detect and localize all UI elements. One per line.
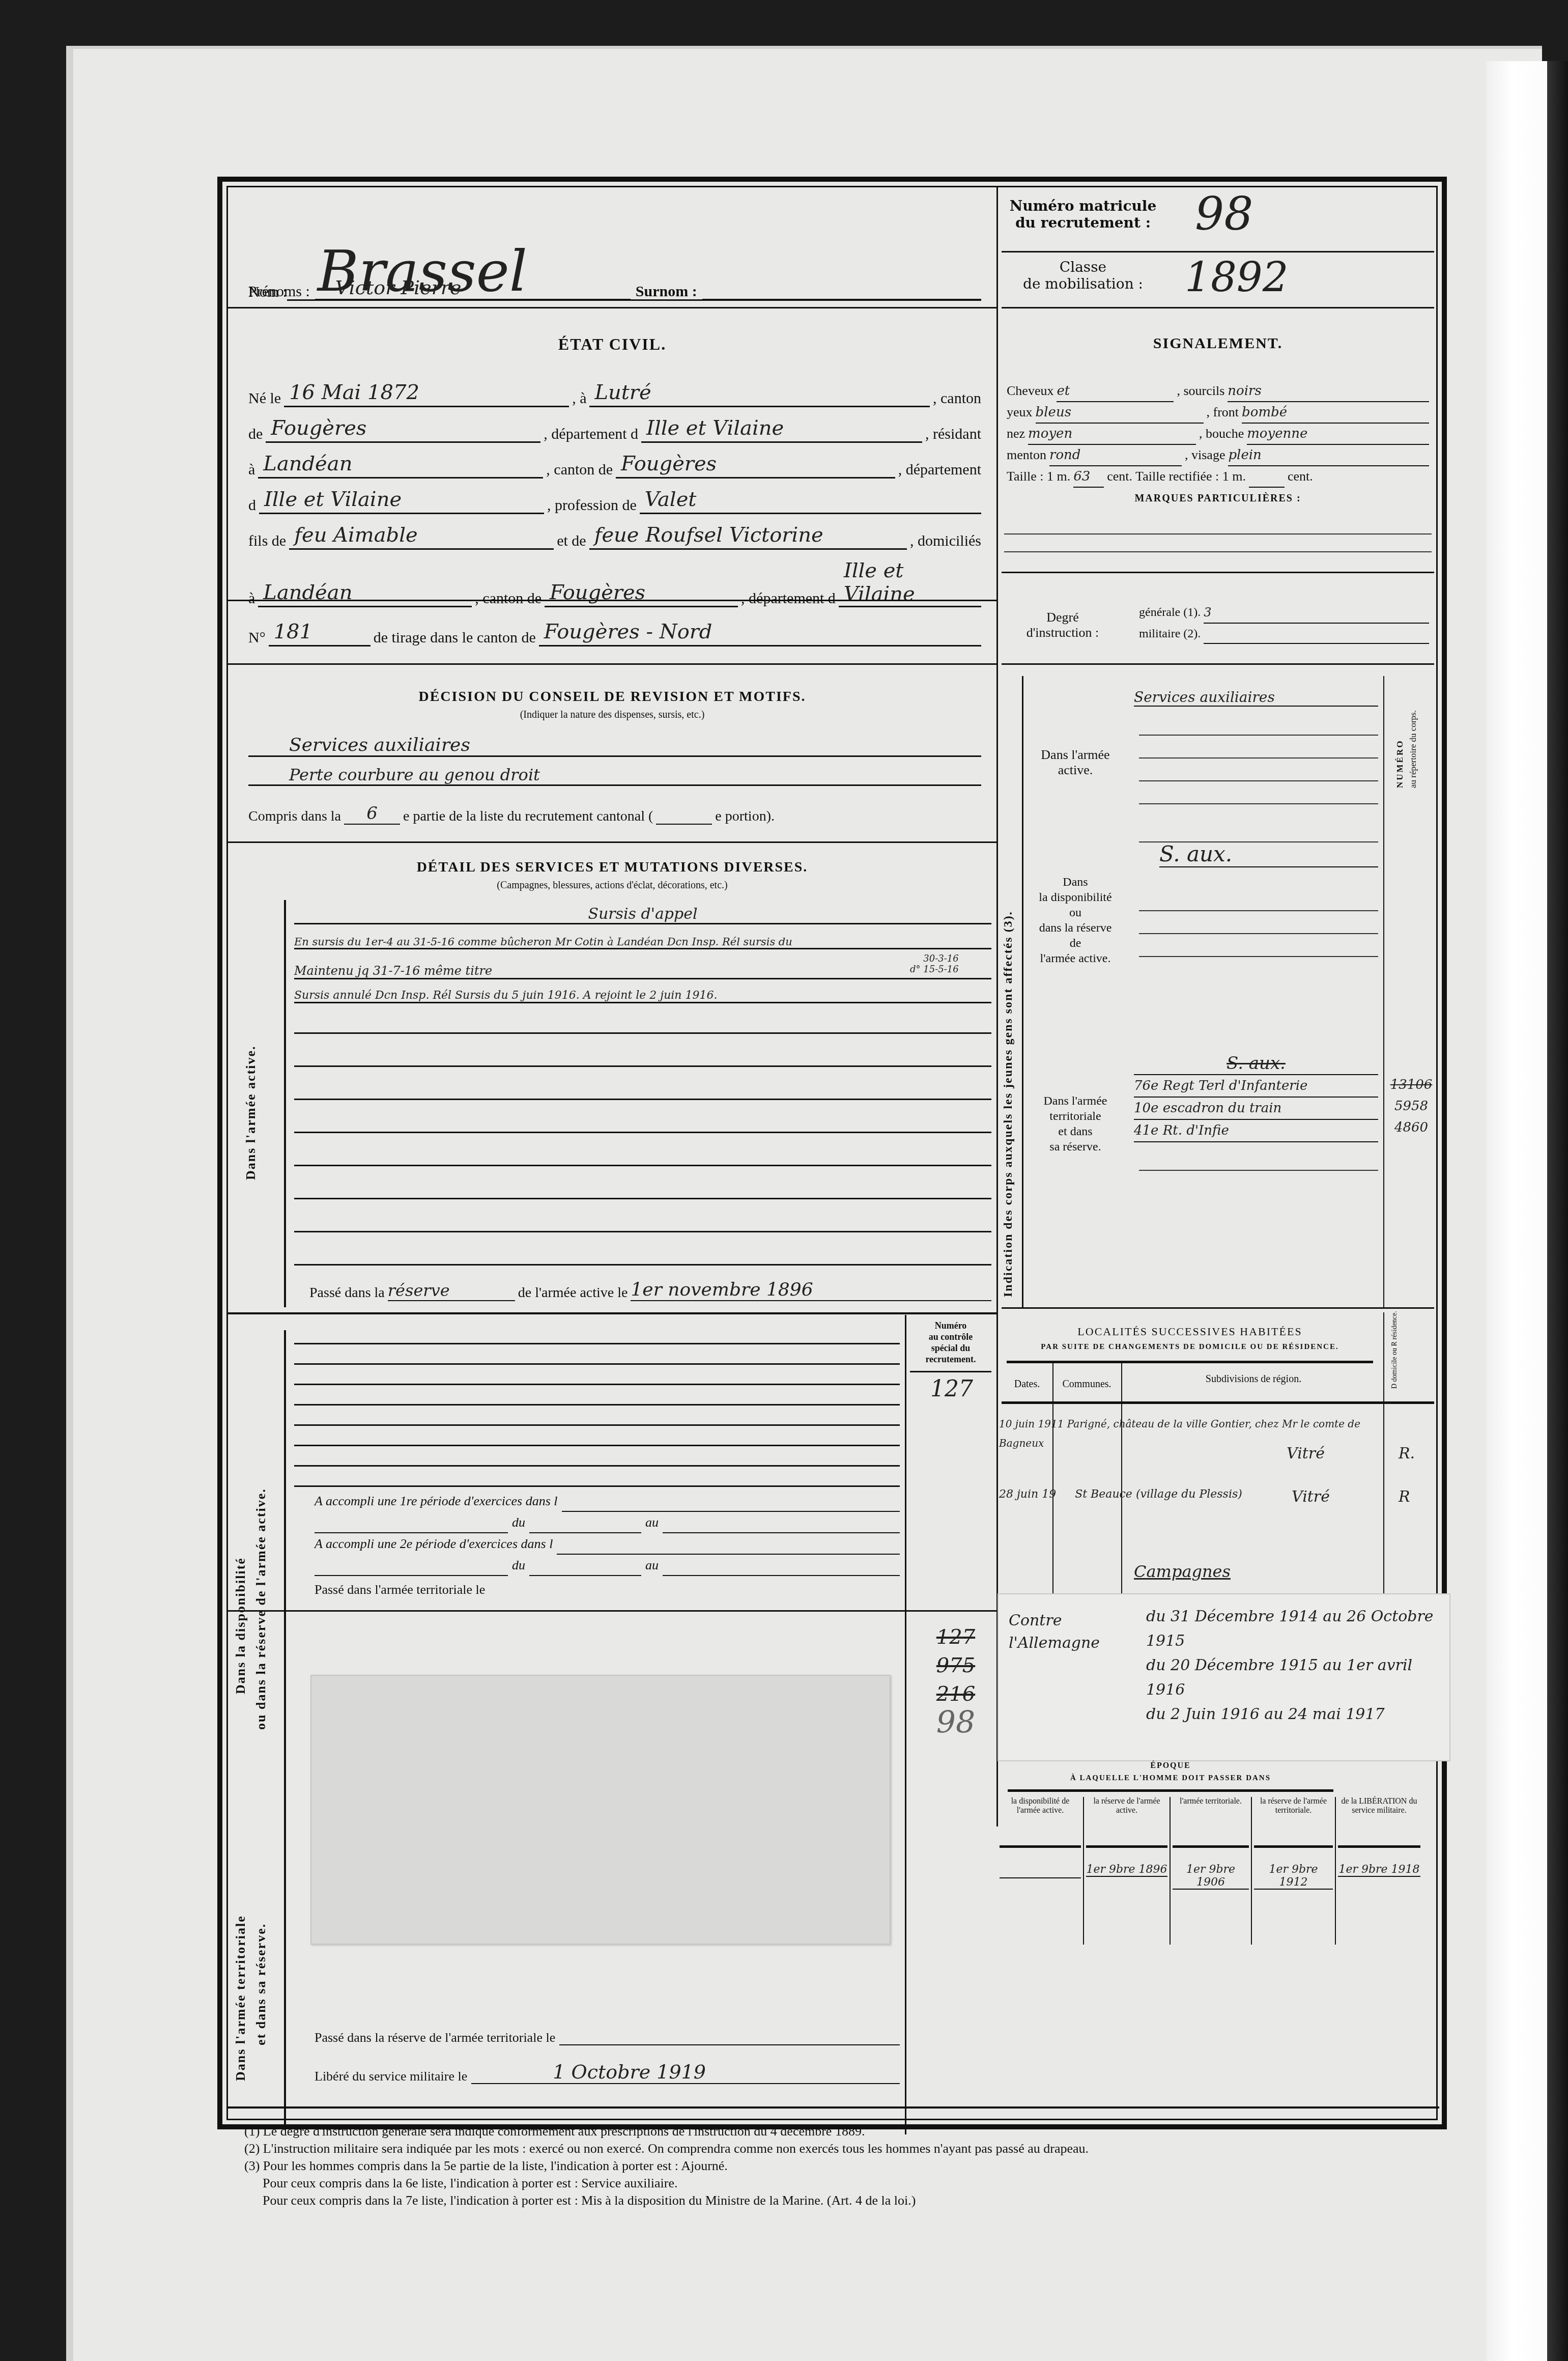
classe-value: 1892 — [1185, 254, 1289, 301]
signalement-row-2: yeux bleus , front bombé — [1007, 402, 1429, 424]
corps-dispo-label-line: Dans — [1032, 875, 1119, 890]
detail-line — [294, 1065, 991, 1067]
corps-line — [1139, 933, 1378, 934]
du-label: du — [512, 1555, 525, 1576]
epoque-col-header: la réserve de l'armée territoriale. — [1254, 1797, 1333, 1845]
tirage-label: de tirage dans le canton de — [374, 629, 536, 647]
taille-label: Taille : 1 m. — [1007, 466, 1070, 488]
localites-subtitle: PAR SUITE DE CHANGEMENTS DE DOMICILE OU … — [996, 1343, 1383, 1352]
matricule-label: Numéro matricule du recrutement : — [1007, 198, 1159, 231]
numero-label-line: spécial du — [910, 1342, 991, 1354]
dispo-line — [294, 1363, 900, 1365]
dispo-vertical-label-1: Dans la disponibilité — [233, 1557, 248, 1694]
detail-heading: Sursis d'appel — [294, 905, 991, 924]
portion-value — [656, 824, 712, 825]
epoque-col: de la LIBÉRATION du service militaire. 1… — [1336, 1797, 1422, 1945]
localite-date: 10 juin 1911 — [999, 1418, 1064, 1430]
taille-value: 63 — [1073, 466, 1104, 488]
divider — [910, 1371, 991, 1372]
epoque-col: l'armée territoriale. 1er 9bre 1906 — [1171, 1797, 1252, 1945]
localite-dr-1: R. — [1399, 1445, 1415, 1463]
portion-label: e portion). — [715, 808, 775, 825]
surnom-value — [702, 285, 981, 300]
residant-label: , résidant — [925, 426, 981, 443]
campagne-period: du 20 Décembre 1915 au 1er avril 1916 — [1146, 1653, 1446, 1702]
libere-label: Libéré du service militaire le — [315, 2069, 467, 2084]
epoque-subtitle: À LAQUELLE L'HOMME DOIT PASSER DANS — [997, 1774, 1344, 1783]
epoque-columns: la disponibilité de l'armée active. la r… — [997, 1797, 1438, 1945]
canton2-label: , canton de — [546, 461, 613, 479]
generale-label: générale (1). — [1139, 602, 1201, 624]
periode-2-dates: du au — [315, 1555, 900, 1576]
header-divider-2 — [1002, 307, 1434, 308]
signalement-row-1: Cheveux et , sourcils noirs — [1007, 381, 1429, 402]
detail-vertical-label: Dans l'armée active. — [243, 1045, 259, 1180]
menton-value: rond — [1049, 445, 1182, 466]
dispo-line — [294, 1485, 900, 1487]
detail-subtitle: (Campagnes, blessures, actions d'éclat, … — [228, 880, 996, 891]
col-header-dr: D domicile ou R résidence. — [1391, 1311, 1399, 1389]
birthplace-value: Lutré — [589, 381, 930, 407]
detail-line-1: En sursis du 1er-4 au 31-5-16 comme bûch… — [294, 936, 991, 949]
militaire-value — [1204, 624, 1429, 644]
epoque-col-header: la réserve de l'armée active. — [1086, 1797, 1167, 1845]
residence-value: Landéan — [258, 452, 543, 479]
prenoms-value: Victor Pierre — [315, 276, 631, 300]
col-header-subdivisions: Subdivisions de région. — [1124, 1373, 1383, 1385]
campagnes-periods: du 31 Décembre 1914 au 26 Octobre 1915 d… — [1146, 1605, 1446, 1727]
signalement-fields: Cheveux et , sourcils noirs yeux bleus ,… — [1007, 381, 1429, 488]
corps-active-label: Dans l'armée active. — [1032, 747, 1119, 778]
corps-line — [1139, 757, 1378, 758]
passe-label-2: de l'armée active le — [518, 1285, 628, 1301]
page-edge — [1486, 61, 1552, 2361]
classe-label: Classe de mobilisation : — [1007, 259, 1159, 292]
epoque-value: 1er 9bre 1918 — [1338, 1863, 1420, 1877]
corps-terr-label-line: territoriale — [1032, 1109, 1119, 1124]
corps-line — [1139, 1170, 1378, 1171]
matricule-label-line2: du recrutement : — [1007, 214, 1159, 231]
departement3-label: , département d — [741, 590, 836, 607]
detail-line-3: Sursis annulé Dcn Insp. Rél Sursis du 5 … — [294, 989, 991, 1003]
etat-civil-row-2: de Fougères , département d Ille et Vila… — [248, 416, 981, 443]
header-divider-left — [228, 307, 996, 308]
corps-terr-numero-struck: 13106 — [1386, 1074, 1437, 1095]
dispo-line — [294, 1424, 900, 1426]
corps-terr-entry: 10e escadron du train — [1134, 1098, 1378, 1120]
etat-civil-title: ÉTAT CIVIL. — [228, 335, 996, 354]
epoque-value: 1er 9bre 1896 — [1086, 1863, 1167, 1877]
epoque-col-header: de la LIBÉRATION du service militaire. — [1338, 1797, 1420, 1845]
et-label: et de — [557, 532, 586, 550]
numero-repertoire-label: NUMÉRO au répertoire du corps. — [1393, 710, 1420, 788]
terr-vertical-label-1: Dans l'armée territoriale — [233, 1915, 248, 2081]
corps-dispo-label-line: la disponibilité — [1032, 890, 1119, 905]
corps-dispo-label-line: dans la réserve — [1032, 920, 1119, 936]
numero-controle-label: Numéro au contrôle spécial du recrutemen… — [910, 1320, 991, 1365]
yeux-value: bleus — [1036, 402, 1204, 424]
etat-civil-row-4: d Ille et Vilaine , profession de Valet — [248, 488, 981, 514]
corps-terr-label-line: Dans l'armée — [1032, 1093, 1119, 1109]
periode-2-label: A accompli une 2e période d'exercices da… — [315, 1533, 553, 1555]
profession-value: Valet — [640, 488, 981, 514]
epoque-col: la disponibilité de l'armée active. — [997, 1797, 1084, 1945]
compris-value: 6 — [344, 803, 400, 825]
epoque-col-header: la disponibilité de l'armée active. — [1000, 1797, 1081, 1845]
passe-reserve-terr-value — [559, 2030, 900, 2045]
periode-2-value — [557, 1533, 900, 1555]
epoque-col-header: l'armée territoriale. — [1173, 1797, 1249, 1845]
ornament-rule — [1008, 1789, 1333, 1792]
d-label: d — [248, 497, 256, 514]
mother-value: feue Roufsel Victorine — [589, 523, 907, 550]
passe-reserve-row: Passé dans la réserve de l'armée active … — [309, 1279, 991, 1301]
fils-label: fils de — [248, 532, 286, 550]
decision-line-2: Perte courbure au genou droit — [248, 765, 981, 786]
matricule-label-line1: Numéro matricule — [1007, 198, 1159, 214]
periode-2-from — [529, 1555, 641, 1576]
degre-label: Degré d'instruction : — [1007, 610, 1119, 640]
periode-2-to — [663, 1555, 900, 1576]
localite-date: 28 juin 19 — [999, 1488, 1056, 1501]
front-label: , front — [1207, 402, 1239, 424]
passe-value-1: réserve — [388, 1281, 515, 1301]
parents-canton-value: Fougères — [545, 581, 738, 607]
campagne-period: du 31 Décembre 1914 au 26 Octobre 1915 — [1146, 1605, 1446, 1653]
divider — [1002, 572, 1434, 573]
dispo-vertical-label-2: ou dans la réserve de l'armée active. — [253, 1488, 269, 1730]
corps-terr-entry: 76e Regt Terl d'Infanterie — [1134, 1075, 1378, 1098]
header-rule — [1002, 1401, 1434, 1404]
taille-rectifiee-value — [1249, 466, 1285, 488]
epoque-value: 1er 9bre 1906 — [1173, 1863, 1249, 1890]
corps-line — [1139, 910, 1378, 911]
tirage-no-value: 181 — [269, 620, 370, 647]
side-date-2: d° 15-5-16 — [910, 964, 959, 975]
generale-value: 3 — [1204, 602, 1429, 624]
degre-fields: générale (1). 3 militaire (2). — [1139, 602, 1429, 644]
terr-numero-struck: 975 — [915, 1651, 996, 1680]
dispo-line — [294, 1384, 900, 1385]
surnom-label: Surnom : — [636, 283, 697, 300]
militaire-label: militaire (2). — [1139, 624, 1201, 644]
pasted-paper-patch — [310, 1675, 891, 1945]
side-date-1: 30-3-16 — [910, 953, 959, 964]
cent-label: cent. — [1288, 466, 1313, 488]
numero-repertoire-divider — [1383, 676, 1384, 1307]
libere-row: Libéré du service militaire le 1 Octobre… — [315, 2061, 900, 2084]
col-header-communes: Communes. — [1052, 1379, 1121, 1390]
corps-terr-label: Dans l'armée territoriale et dans sa rés… — [1032, 1093, 1119, 1155]
ornament-rule — [1007, 1361, 1373, 1363]
detail-line — [294, 1231, 991, 1232]
residence-canton-value: Fougères — [616, 452, 895, 479]
column-divider — [996, 187, 998, 1826]
ne-le-label: Né le — [248, 390, 281, 407]
classe-label-line1: Classe — [1007, 259, 1159, 275]
localite-dr-2: R — [1399, 1488, 1410, 1506]
residence-departement-value: Ille et Vilaine — [259, 488, 544, 514]
au-label: au — [645, 1555, 659, 1576]
periode-1-dates: du au — [315, 1512, 900, 1533]
divider — [1002, 1307, 1434, 1309]
corps-vertical-label: Indication des corps auxquels les jeunes… — [1002, 911, 1015, 1297]
canton3-label: , canton de — [475, 590, 541, 607]
domicilies-label: , domiciliés — [910, 532, 981, 550]
detail-title: DÉTAIL DES SERVICES ET MUTATIONS DIVERSE… — [228, 859, 996, 876]
periode-2-blank — [315, 1555, 508, 1576]
visage-value: plein — [1228, 445, 1429, 466]
localite-subdivision-2: Vitré — [1292, 1488, 1330, 1506]
tirage-no-label: N° — [248, 629, 266, 647]
passe-terr-label: Passé dans l'armée territoriale le — [315, 1582, 485, 1597]
tirage-canton-value: Fougères - Nord — [539, 620, 981, 647]
footnote: (1) Le degré d'instruction générale sera… — [244, 2123, 1430, 2140]
numero-label-line: Numéro — [910, 1320, 991, 1331]
etat-civil-row-1: Né le 16 Mai 1872 , à Lutré , canton — [248, 381, 981, 407]
departement-label: , département d — [544, 426, 638, 443]
signalement-row-5: Taille : 1 m. 63 cent. Taille rectifiée … — [1007, 466, 1429, 488]
marques-line — [1004, 551, 1432, 552]
cheveux-value: et — [1057, 381, 1174, 402]
periode-1-blank — [315, 1512, 508, 1533]
divider — [228, 600, 996, 601]
campagne-period: du 2 Juin 1916 au 24 mai 1917 — [1146, 1702, 1446, 1727]
corps-dispo-label-line: de — [1032, 936, 1119, 951]
divider — [228, 841, 996, 843]
corps-terr-entry-struck: S. aux. — [1134, 1053, 1378, 1075]
parents-a-label: à — [248, 590, 255, 607]
terr-numero-current: 98 — [915, 1708, 996, 1737]
corps-line — [1139, 956, 1378, 957]
nez-value: moyen — [1028, 424, 1196, 445]
compris-row: Compris dans la 6 e partie de la liste d… — [248, 803, 775, 825]
corps-terr-entries: S. aux. 76e Regt Terl d'Infanterie 10e e… — [1134, 1053, 1378, 1142]
corps-terr-numeros: 13106 5958 4860 — [1386, 1074, 1437, 1138]
front-value: bombé — [1242, 402, 1429, 424]
localites-title: LOCALITÉS SUCCESSIVES HABITÉES — [996, 1325, 1383, 1338]
divider — [228, 663, 996, 665]
col-header-dates: Dates. — [1002, 1379, 1052, 1390]
periode-2-row: A accompli une 2e période d'exercices da… — [315, 1533, 900, 1555]
terr-numeros: 127 975 216 98 — [915, 1623, 996, 1737]
yeux-label: yeux — [1007, 402, 1033, 424]
sourcils-value: noirs — [1228, 381, 1429, 402]
bracket-line — [284, 900, 286, 1307]
periode-1-to — [663, 1512, 900, 1533]
visage-label: , visage — [1185, 445, 1225, 466]
passe-reserve-terr-label: Passé dans la réserve de l'armée territo… — [315, 2030, 555, 2045]
campagnes-heading: Campagnes — [1134, 1562, 1231, 1581]
footnote: Pour ceux compris dans la 6e liste, l'in… — [244, 2175, 1430, 2192]
periode-fields: A accompli une 1re période d'exercices d… — [315, 1491, 900, 1576]
corps-terr-label-line: et dans — [1032, 1124, 1119, 1139]
campagnes-slip: Contre l'Allemagne du 31 Décembre 1914 a… — [997, 1593, 1450, 1761]
corps-terr-numero: 4860 — [1386, 1117, 1437, 1138]
profession-label: , profession de — [547, 497, 637, 514]
a-label: , à — [572, 390, 586, 407]
tirage-row: N° 181 de tirage dans le canton de Fougè… — [248, 620, 981, 647]
dispo-line — [294, 1404, 900, 1406]
corps-dispo-value: S. aux. — [1159, 841, 1378, 867]
header-divider — [1002, 251, 1434, 252]
ne-le-value: 16 Mai 1872 — [284, 381, 569, 407]
classe-label-line2: de mobilisation : — [1007, 275, 1159, 292]
epoque-table: ÉPOQUE À LAQUELLE L'HOMME DOIT PASSER DA… — [997, 1761, 1438, 1945]
numero-column-divider — [905, 1315, 906, 2134]
numero-controle-value: 127 — [930, 1376, 973, 1402]
bracket-line — [284, 1623, 286, 2127]
generale-row: générale (1). 3 — [1139, 602, 1429, 624]
corps-terr-entry: 41e Rt. d'Infie — [1134, 1120, 1378, 1142]
bouche-label: , bouche — [1199, 424, 1244, 445]
corps-dispo-label-line: l'armée active. — [1032, 951, 1119, 966]
footnote: (3) Pour les hommes compris dans la 5e p… — [244, 2157, 1430, 2175]
binding-strip — [1547, 61, 1568, 2361]
cheveux-label: Cheveux — [1007, 381, 1053, 402]
parents-residence-value: Landéan — [258, 581, 472, 607]
detail-side-dates: 30-3-16 d° 15-5-16 — [910, 953, 959, 975]
passe-reserve-terr-row: Passé dans la réserve de l'armée territo… — [315, 2030, 900, 2045]
menton-label: menton — [1007, 445, 1046, 466]
localite-commune: St Beauce (village du Plessis) — [1075, 1488, 1242, 1501]
corps-terr-numero: 5958 — [1386, 1095, 1437, 1117]
father-value: feu Aimable — [289, 523, 554, 550]
terr-numero-struck: 127 — [915, 1623, 996, 1651]
corps-line — [1139, 780, 1378, 781]
degre-label-line1: Degré — [1007, 610, 1119, 625]
footnote: (2) L'instruction militaire sera indiqué… — [244, 2140, 1430, 2157]
terr-vertical-label-2: et dans sa réserve. — [253, 1923, 269, 2045]
campagnes-contre: Contre l'Allemagne — [1009, 1610, 1121, 1654]
periode-1-from — [529, 1512, 641, 1533]
marques-title: MARQUES PARTICULIÈRES : — [996, 493, 1439, 504]
prenoms-label: Prénoms : — [248, 283, 310, 300]
numero-repertoire-label-line2: au répertoire du corps. — [1407, 710, 1420, 788]
detail-line — [294, 1264, 991, 1266]
prenoms-row: Prénoms : Victor Pierre Surnom : — [248, 276, 981, 300]
departement2-label: , département — [898, 461, 981, 479]
corps-line — [1139, 735, 1378, 736]
corps-bracket — [1022, 676, 1023, 1307]
divider — [228, 1312, 996, 1314]
decision-subtitle: (Indiquer la nature des dispenses, sursi… — [228, 709, 996, 721]
detail-line — [294, 1099, 991, 1100]
dispo-line — [294, 1343, 900, 1344]
detail-line — [294, 1132, 991, 1133]
signalement-row-3: nez moyen , bouche moyenne — [1007, 424, 1429, 445]
periode-1-label: A accompli une 1re période d'exercices d… — [315, 1491, 558, 1512]
dispo-line — [294, 1445, 900, 1446]
epoque-value — [1000, 1863, 1081, 1878]
canton-label: , canton — [933, 390, 981, 407]
localite-subdivision-1: Vitré — [1287, 1445, 1325, 1463]
numero-label-line: recrutement. — [910, 1354, 991, 1365]
dispo-line — [294, 1465, 900, 1467]
libere-value: 1 Octobre 1919 — [471, 2061, 900, 2084]
matricule-value: 98 — [1195, 187, 1253, 241]
footnote: Pour ceux compris dans la 7e liste, l'in… — [244, 2192, 1430, 2209]
footnotes: (1) Le degré d'instruction générale sera… — [244, 2123, 1430, 2209]
de-label: de — [248, 426, 263, 443]
passe-label-1: Passé dans la — [309, 1285, 385, 1301]
decision-title: DÉCISION DU CONSEIL DE REVISION ET MOTIF… — [228, 689, 996, 705]
divider — [228, 1610, 996, 1612]
corps-dispo-label: Dans la disponibilité ou dans la réserve… — [1032, 875, 1119, 966]
decision-line-1: Services auxiliaires — [248, 735, 981, 757]
passe-value-2: 1er novembre 1896 — [631, 1279, 991, 1301]
marques-line — [1004, 533, 1432, 535]
footnote-divider — [228, 2106, 1439, 2109]
degre-label-line2: d'instruction : — [1007, 625, 1119, 640]
corps-active-value: Services auxiliaires — [1134, 689, 1378, 707]
periode-1-value — [562, 1491, 900, 1512]
detail-line — [294, 1032, 991, 1034]
signalement-title: SIGNALEMENT. — [996, 335, 1439, 352]
signalement-row-4: menton rond , visage plein — [1007, 445, 1429, 466]
periode-1-row: A accompli une 1re période d'exercices d… — [315, 1491, 900, 1512]
epoque-title: ÉPOQUE — [997, 1761, 1344, 1770]
compris-label: Compris dans la — [248, 808, 341, 825]
birth-canton-value: Fougères — [266, 416, 540, 443]
au-label: au — [645, 1512, 659, 1533]
sourcils-label: , sourcils — [1177, 381, 1224, 402]
taille-rectifiee-label: cent. Taille rectifiée : 1 m. — [1107, 466, 1246, 488]
epoque-value: 1er 9bre 1912 — [1254, 1863, 1333, 1890]
epoque-col: la réserve de l'armée active. 1er 9bre 1… — [1084, 1797, 1171, 1945]
bouche-value: moyenne — [1247, 424, 1429, 445]
numero-repertoire-label-line1: NUMÉRO — [1393, 710, 1407, 788]
militaire-row: militaire (2). — [1139, 624, 1429, 644]
numero-label-line: au contrôle — [910, 1331, 991, 1342]
birth-departement-value: Ille et Vilaine — [641, 416, 922, 443]
detail-line — [294, 1165, 991, 1166]
nez-label: nez — [1007, 424, 1025, 445]
residence-a-label: à — [248, 461, 255, 479]
corps-dispo-label-line: ou — [1032, 905, 1119, 920]
divider — [1002, 663, 1434, 665]
du-label: du — [512, 1512, 525, 1533]
terr-numero-struck: 216 — [915, 1680, 996, 1708]
etat-civil-row-3: à Landéan , canton de Fougères , départe… — [248, 452, 981, 479]
detail-line-2: Maintenu jq 31-7-16 même titre — [294, 964, 991, 979]
detail-line — [294, 1198, 991, 1199]
compris-label-2: e partie de la liste du recrutement cant… — [403, 808, 653, 825]
epoque-col: la réserve de l'armée territoriale. 1er … — [1252, 1797, 1336, 1945]
corps-terr-label-line: sa réserve. — [1032, 1139, 1119, 1155]
corps-line — [1139, 803, 1378, 804]
etat-civil-row-5: fils de feu Aimable et de feue Roufsel V… — [248, 523, 981, 550]
